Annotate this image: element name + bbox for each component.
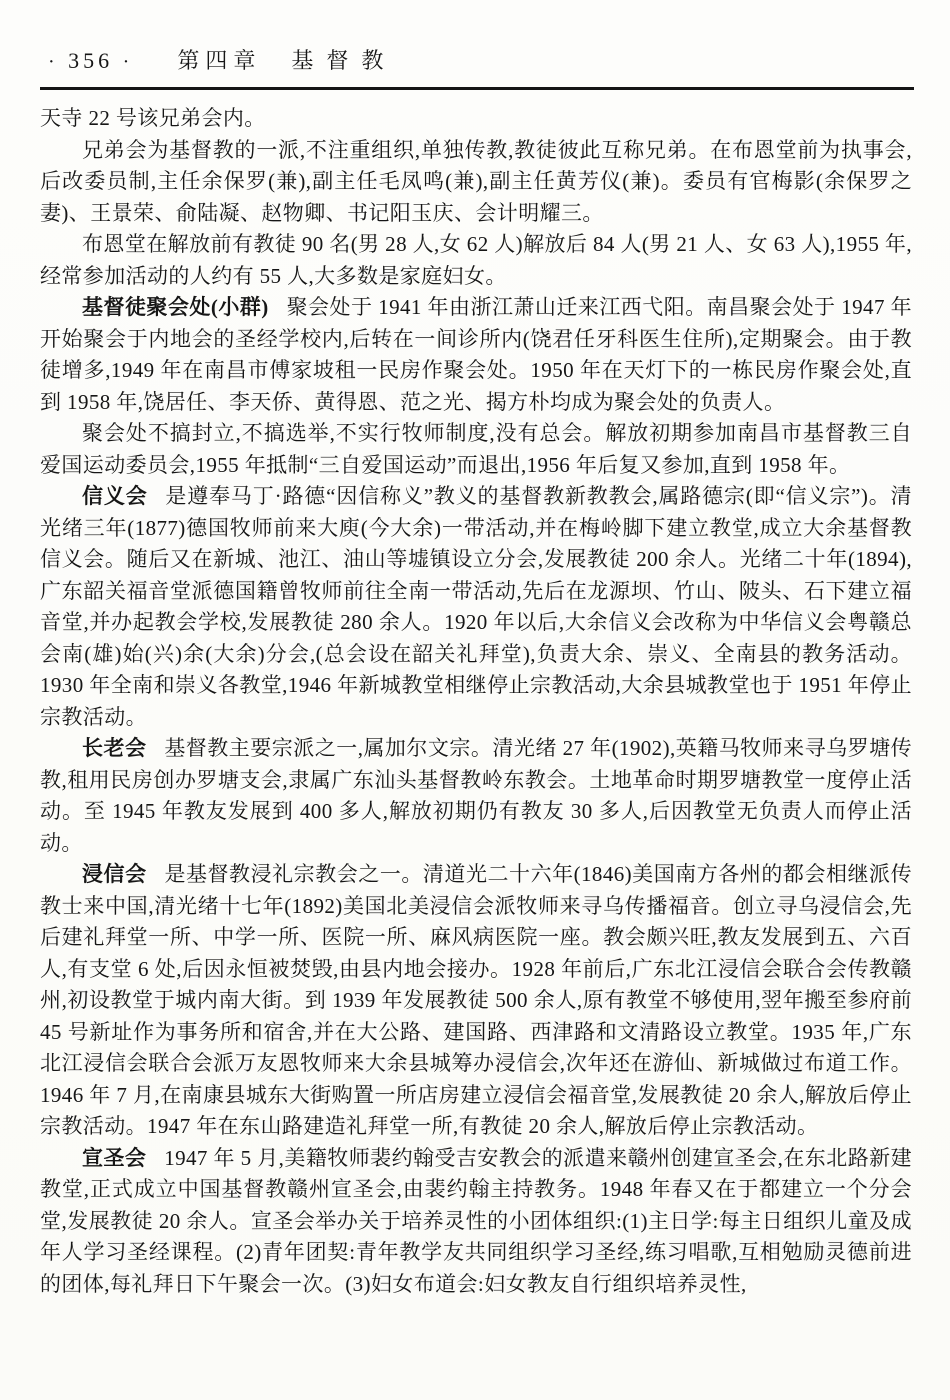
term-label: 长老会	[82, 736, 146, 760]
paragraph: 基督徒聚会处(小群)聚会处于 1941 年由浙江萧山迁来江西弋阳。南昌聚会处于 …	[40, 292, 912, 418]
book-page: · 356 · 第四章 基督教 天寺 22 号该兄弟会内。兄弟会为基督教的一派,…	[0, 0, 950, 1400]
paragraph: 布恩堂在解放前有教徒 90 名(男 28 人,女 62 人)解放后 84 人(男…	[40, 229, 912, 292]
paragraph: 聚会处不搞封立,不搞选举,不实行牧师制度,没有总会。解放初期参加南昌市基督教三自…	[40, 418, 912, 481]
page-body: 天寺 22 号该兄弟会内。兄弟会为基督教的一派,不注重组织,单独传教,教徒彼此互…	[40, 103, 912, 1300]
term-label: 信义会	[82, 484, 148, 508]
chapter-title: 基督教	[291, 44, 396, 75]
paragraph: 浸信会是基督教浸礼宗教会之一。清道光二十六年(1846)美国南方各州的都会相继派…	[40, 859, 912, 1143]
page-number-value: 356	[68, 48, 113, 73]
dot-left: ·	[48, 51, 59, 73]
term-label: 基督徒聚会处(小群)	[82, 295, 269, 319]
paragraph: 宣圣会1947 年 5 月,美籍牧师裴约翰受吉安教会的派遣来赣州创建宣圣会,在东…	[40, 1143, 912, 1301]
paragraph: 长老会基督教主要宗派之一,属加尔文宗。清光绪 27 年(1902),英籍马牧师来…	[40, 733, 912, 859]
chapter-label: 第四章	[177, 44, 261, 75]
paragraph: 信义会是遵奉马丁·路德“因信称义”教义的基督教新教教会,属路德宗(即“信义宗”)…	[40, 481, 912, 733]
paragraph: 兄弟会为基督教的一派,不注重组织,单独传教,教徒彼此互称兄弟。在布恩堂前为执事会…	[40, 135, 912, 230]
paragraph: 天寺 22 号该兄弟会内。	[40, 103, 912, 135]
dot-right: ·	[123, 51, 134, 73]
page-header: · 356 · 第四章 基督教	[40, 0, 914, 90]
term-label: 浸信会	[82, 862, 147, 886]
term-label: 宣圣会	[82, 1146, 146, 1170]
page-number: · 356 ·	[48, 48, 133, 74]
